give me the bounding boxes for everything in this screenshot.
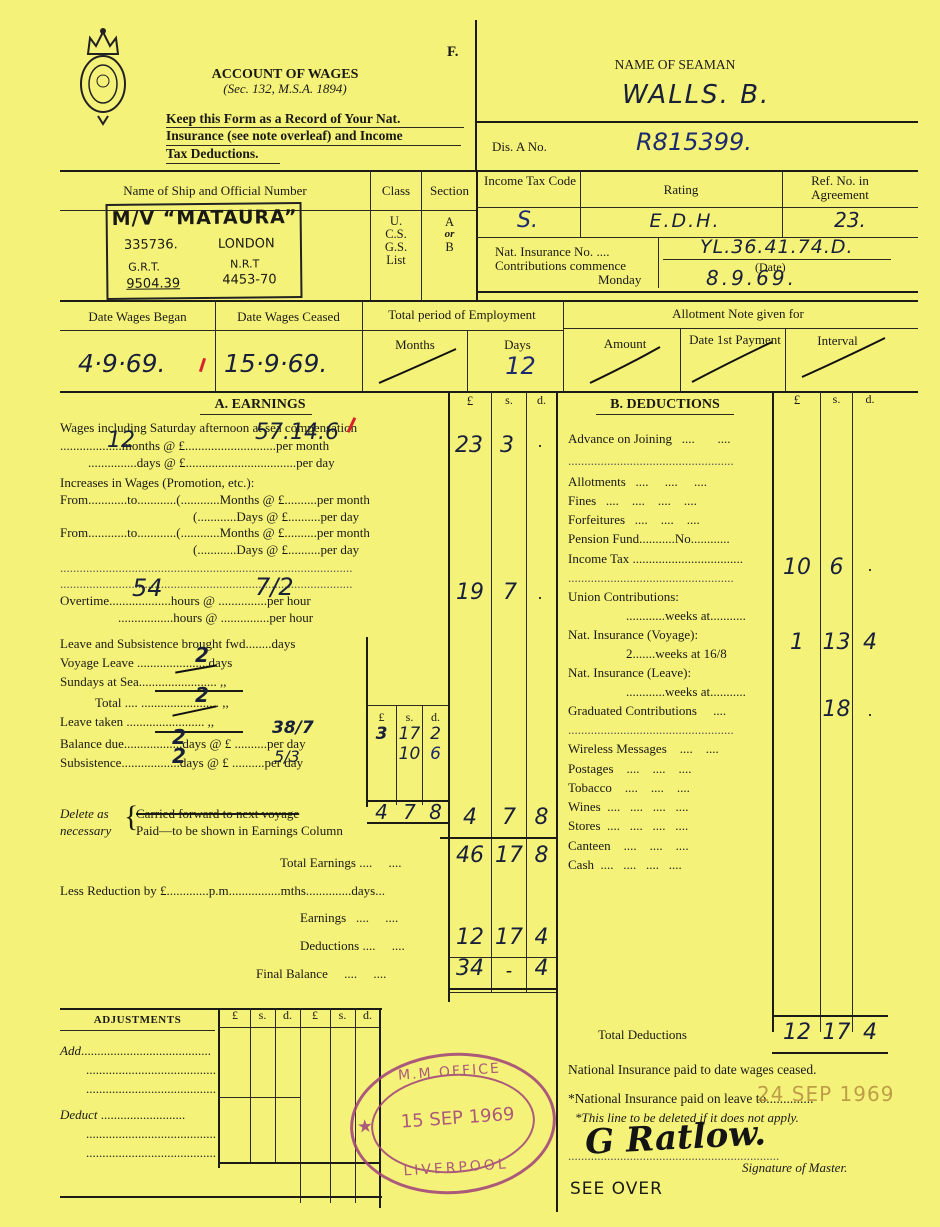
rating-value[interactable]: E.D.H. <box>600 210 770 232</box>
carried-sum-s[interactable]: 7 <box>397 800 422 824</box>
sub-col-d: d. <box>423 710 448 725</box>
mm-office-stamp: M.M OFFICE 15 SEP 1969 LIVERPOOL ★ <box>345 1046 560 1201</box>
voyage-leave-value[interactable]: 2 <box>195 643 209 667</box>
form-letter: F. <box>447 44 459 61</box>
carried-forward-option[interactable]: Carried forward to next voyage <box>136 806 299 822</box>
leave-brought-fwd: Leave and Subsistence brought fwd.......… <box>60 636 295 652</box>
graduated-d[interactable]: · <box>853 705 887 726</box>
signature-of-master-label: Signature of Master. <box>742 1160 847 1176</box>
deduct-label: Deduct .......................... <box>60 1107 185 1123</box>
deductions-col-d: d. <box>853 392 887 407</box>
deduction-ni-leave-weeks: ............weeks at........... <box>626 684 746 700</box>
ref-no-value[interactable]: 23. <box>795 208 905 232</box>
deduction-fines: Fines .... .... .... .... <box>568 493 697 509</box>
deductions-col-s: s. <box>821 392 852 407</box>
total-period-label: Total period of Employment <box>362 307 562 323</box>
official-number: 335736. <box>124 237 178 253</box>
income-tax-d[interactable]: · <box>853 560 887 581</box>
deductions-amount-d[interactable]: 4 <box>527 925 556 950</box>
deduction-union: Union Contributions: <box>568 589 679 605</box>
ship-stamp: M/V “MATAURA” 335736. LONDON G.R.T. N.R.… <box>106 202 303 300</box>
date-wages-began-value[interactable]: 4·9·69. <box>78 349 165 378</box>
ni-voyage-d[interactable]: 4 <box>853 630 887 655</box>
section-label: Section <box>422 183 477 199</box>
deductions-sub-label: Deductions .... .... <box>300 938 405 954</box>
deduction-income-tax: Income Tax .............................… <box>568 551 743 567</box>
deduction-allotments: Allotments .... .... .... <box>568 474 707 490</box>
dis-a-no-label: Dis. A No. <box>492 139 547 155</box>
deduction-graduated: Graduated Contributions .... <box>568 703 726 719</box>
wages-monthly-rate[interactable]: 57.14.6 <box>255 420 339 445</box>
allotment-note-label: Allotment Note given for <box>563 306 913 322</box>
grt-value: 9504.39 <box>126 276 180 292</box>
earnings-sub-label: Earnings .... .... <box>300 910 398 926</box>
overtime-hours[interactable]: 54 <box>132 574 163 602</box>
deduction-dots-2: ........................................… <box>568 570 734 586</box>
sub-col-pound: £ <box>367 710 396 725</box>
income-tax-code-value[interactable]: S. <box>480 208 575 233</box>
balance-amount-l[interactable]: 3 <box>367 724 396 744</box>
grt-label: G.R.T. <box>128 260 160 273</box>
income-tax-code-label: Income Tax Code <box>480 174 580 188</box>
deductions-col-pound: £ <box>774 392 820 408</box>
notice-line-1: Keep this Form as a Record of Your Nat. <box>166 111 400 127</box>
necessary-label: necessary <box>60 823 111 839</box>
board-of-trade-crest-icon <box>78 26 128 126</box>
days-value[interactable]: 12 <box>478 352 563 380</box>
leave-taken-row: Leave taken ........................ ,, <box>60 714 214 730</box>
class-label: Class <box>371 183 421 199</box>
section-b: B <box>432 240 467 255</box>
deduction-dots-1: ........................................… <box>568 453 734 469</box>
deduct-line-2: ........................................ <box>86 1126 216 1142</box>
overtime-row-2: .................hours @ ...............… <box>118 610 313 626</box>
increase-row-1: From............to............(.........… <box>60 492 370 508</box>
notice-line-2: Insurance (see note overleaf) and Income <box>166 128 403 144</box>
balance-amount-d[interactable]: 2 <box>423 724 448 744</box>
days-label: Days <box>470 337 565 353</box>
sub-col-s: s. <box>397 710 422 725</box>
nrt-value: 4453-70 <box>222 272 276 288</box>
add-label: Add.....................................… <box>60 1043 211 1059</box>
increase-row-1b: (............Days @ £..........per day <box>193 509 359 525</box>
dis-a-no-value[interactable]: R815399. <box>636 128 752 156</box>
seaman-name-value[interactable]: WALLS. B. <box>622 80 770 110</box>
wages-months-qty[interactable]: 12 <box>107 428 135 453</box>
balance-amount-s[interactable]: 17 <box>397 724 422 744</box>
delete-as-label: Delete as <box>60 806 109 822</box>
paid-amount-d[interactable]: 8 <box>527 805 556 830</box>
see-over: SEE OVER <box>570 1179 663 1199</box>
deduction-wines: Wines .... .... .... .... <box>568 799 688 815</box>
earnings-col-d: d. <box>527 393 556 408</box>
months-strike-icon <box>376 345 466 390</box>
ref-no-label: Ref. No. in Agreement <box>790 174 890 202</box>
earnings-col-pound: £ <box>449 393 491 409</box>
add-line-3: ........................................ <box>86 1081 216 1097</box>
carried-sum-l[interactable]: 4 <box>367 800 396 824</box>
total-deductions-d[interactable]: 4 <box>853 1020 887 1045</box>
total-deductions-s[interactable]: 17 <box>821 1020 852 1045</box>
increase-row-2b: (............Days @ £..........per day <box>193 542 359 558</box>
overtime-amount-d[interactable]: · <box>537 588 543 609</box>
wages-days-row: ...............days @ £.................… <box>88 455 335 471</box>
earnings-col-s: s. <box>492 393 526 408</box>
port-of-registry: LONDON <box>218 236 275 252</box>
total-deductions-label: Total Deductions <box>598 1027 687 1043</box>
section-or: or <box>432 228 467 240</box>
total-earnings-d[interactable]: 8 <box>527 843 556 868</box>
deduction-ni-voyage-weeks: 2.......weeks at 16/8 <box>626 646 727 662</box>
ni-voyage-s[interactable]: 13 <box>821 630 852 655</box>
adjustments-title: ADJUSTMENTS <box>60 1014 215 1026</box>
deduction-stores: Stores .... .... .... .... <box>568 818 688 834</box>
graduated-s[interactable]: 18 <box>821 697 852 722</box>
subsistence-days[interactable]: 2 <box>172 744 186 768</box>
ship-stamp-name: M/V “MATAURA” <box>112 206 298 230</box>
deduction-ni-voyage: Nat. Insurance (Voyage): <box>568 627 698 643</box>
income-tax-s[interactable]: 6 <box>821 555 852 580</box>
total-deductions-l[interactable]: 12 <box>774 1020 820 1045</box>
earnings-title: A. EARNINGS <box>160 397 360 413</box>
deduction-canteen: Canteen .... .... .... <box>568 838 689 854</box>
blank-dots-1: ........................................… <box>60 560 353 576</box>
add-line-2: ........................................ <box>86 1062 216 1078</box>
amount-strike-icon <box>588 345 668 390</box>
notice-line-3: Tax Deductions. <box>166 146 259 162</box>
total-earnings-l[interactable]: 46 <box>449 843 491 868</box>
total-earnings-s[interactable]: 17 <box>492 843 526 868</box>
deductions-amount-s[interactable]: 17 <box>492 925 526 950</box>
red-tick-mark <box>199 358 206 372</box>
balance-due-rate[interactable]: 38/7 <box>272 718 314 738</box>
paid-amount-l[interactable]: 4 <box>449 805 491 830</box>
wages-amount-l[interactable]: 23 <box>455 433 483 458</box>
final-balance-label: Final Balance .... .... <box>256 966 386 982</box>
deduction-pension-fund: Pension Fund...........No............ <box>568 531 730 547</box>
income-tax-l[interactable]: 10 <box>774 555 820 580</box>
ni-leave-date-stamp: 24 SEP 1969 <box>757 1082 894 1106</box>
date-1st-strike-icon <box>690 340 780 390</box>
subsistence-amount-s[interactable]: 10 <box>397 744 422 764</box>
paid-amount-s[interactable]: 7 <box>492 805 526 830</box>
contributions-commence-value[interactable]: 8.9.69. <box>706 266 797 290</box>
deductions-title: B. DEDUCTIONS <box>570 397 760 413</box>
form-subtitle: (Sec. 132, M.S.A. 1894) <box>150 81 420 97</box>
less-reduction-row: Less Reduction by £.............p.m.....… <box>60 883 385 899</box>
blank-dots-2: ........................................… <box>60 576 353 592</box>
final-balance-d[interactable]: 4 <box>527 956 556 981</box>
deduction-cash: Cash .... .... .... .... <box>568 857 682 873</box>
ni-voyage-l[interactable]: 1 <box>774 630 820 655</box>
subsistence-rate[interactable]: 5/3 <box>274 747 300 766</box>
deductions-amount-l[interactable]: 12 <box>449 925 491 950</box>
deduction-forfeitures: Forfeitures .... .... .... <box>568 512 700 528</box>
total-leave-value[interactable]: 2 <box>195 683 209 707</box>
deduct-line-3: ........................................ <box>86 1145 216 1161</box>
increase-row-2: From............to............(.........… <box>60 525 370 541</box>
date-wages-ceased-label: Date Wages Ceased <box>216 309 361 325</box>
stamp-star-icon: ★ <box>356 1116 374 1138</box>
deduction-postages: Postages .... .... .... <box>568 761 692 777</box>
overtime-rate[interactable]: 7/2 <box>255 573 294 601</box>
deduction-tobacco: Tobacco .... .... .... <box>568 780 690 796</box>
ni-paid-to-date: National Insurance paid to date wages ce… <box>568 1062 817 1078</box>
class-values: U. C.S. G.S. List <box>378 215 414 267</box>
deduction-advance: Advance on Joining .... .... <box>568 431 730 447</box>
final-balance-l[interactable]: 34 <box>449 956 491 981</box>
nrt-label: N.R.T <box>230 257 259 270</box>
paid-option[interactable]: Paid—to be shown in Earnings Column <box>136 823 343 839</box>
total-earnings-label: Total Earnings .... .... <box>280 855 402 871</box>
monday-label: Monday <box>598 272 641 288</box>
seaman-name-label: NAME OF SEAMAN <box>560 57 790 73</box>
deduction-ni-leave: Nat. Insurance (Leave): <box>568 665 691 681</box>
date-wages-began-label: Date Wages Began <box>60 309 215 325</box>
nat-insurance-no-value[interactable]: YL.36.41.74.D. <box>700 236 854 258</box>
wages-amount-s[interactable]: 3 <box>500 433 514 458</box>
overtime-amount-l[interactable]: 19 <box>456 580 484 605</box>
ship-name-label: Name of Ship and Official Number <box>60 183 370 199</box>
wages-amount-d[interactable]: · <box>537 436 543 457</box>
interval-strike-icon <box>800 335 890 385</box>
final-balance-s[interactable]: - <box>492 960 526 981</box>
increases-label: Increases in Wages (Promotion, etc.): <box>60 475 254 491</box>
overtime-amount-s[interactable]: 7 <box>503 580 517 605</box>
subsistence-amount-d[interactable]: 6 <box>423 744 448 764</box>
deduction-union-weeks: ............weeks at........... <box>626 608 746 624</box>
carried-sum-d[interactable]: 8 <box>423 800 448 824</box>
date-wages-ceased-value[interactable]: 15·9·69. <box>224 349 327 378</box>
deduction-wireless: Wireless Messages .... .... <box>568 741 719 757</box>
rating-label: Rating <box>580 182 782 198</box>
deduction-dots-3: ........................................… <box>568 722 734 738</box>
